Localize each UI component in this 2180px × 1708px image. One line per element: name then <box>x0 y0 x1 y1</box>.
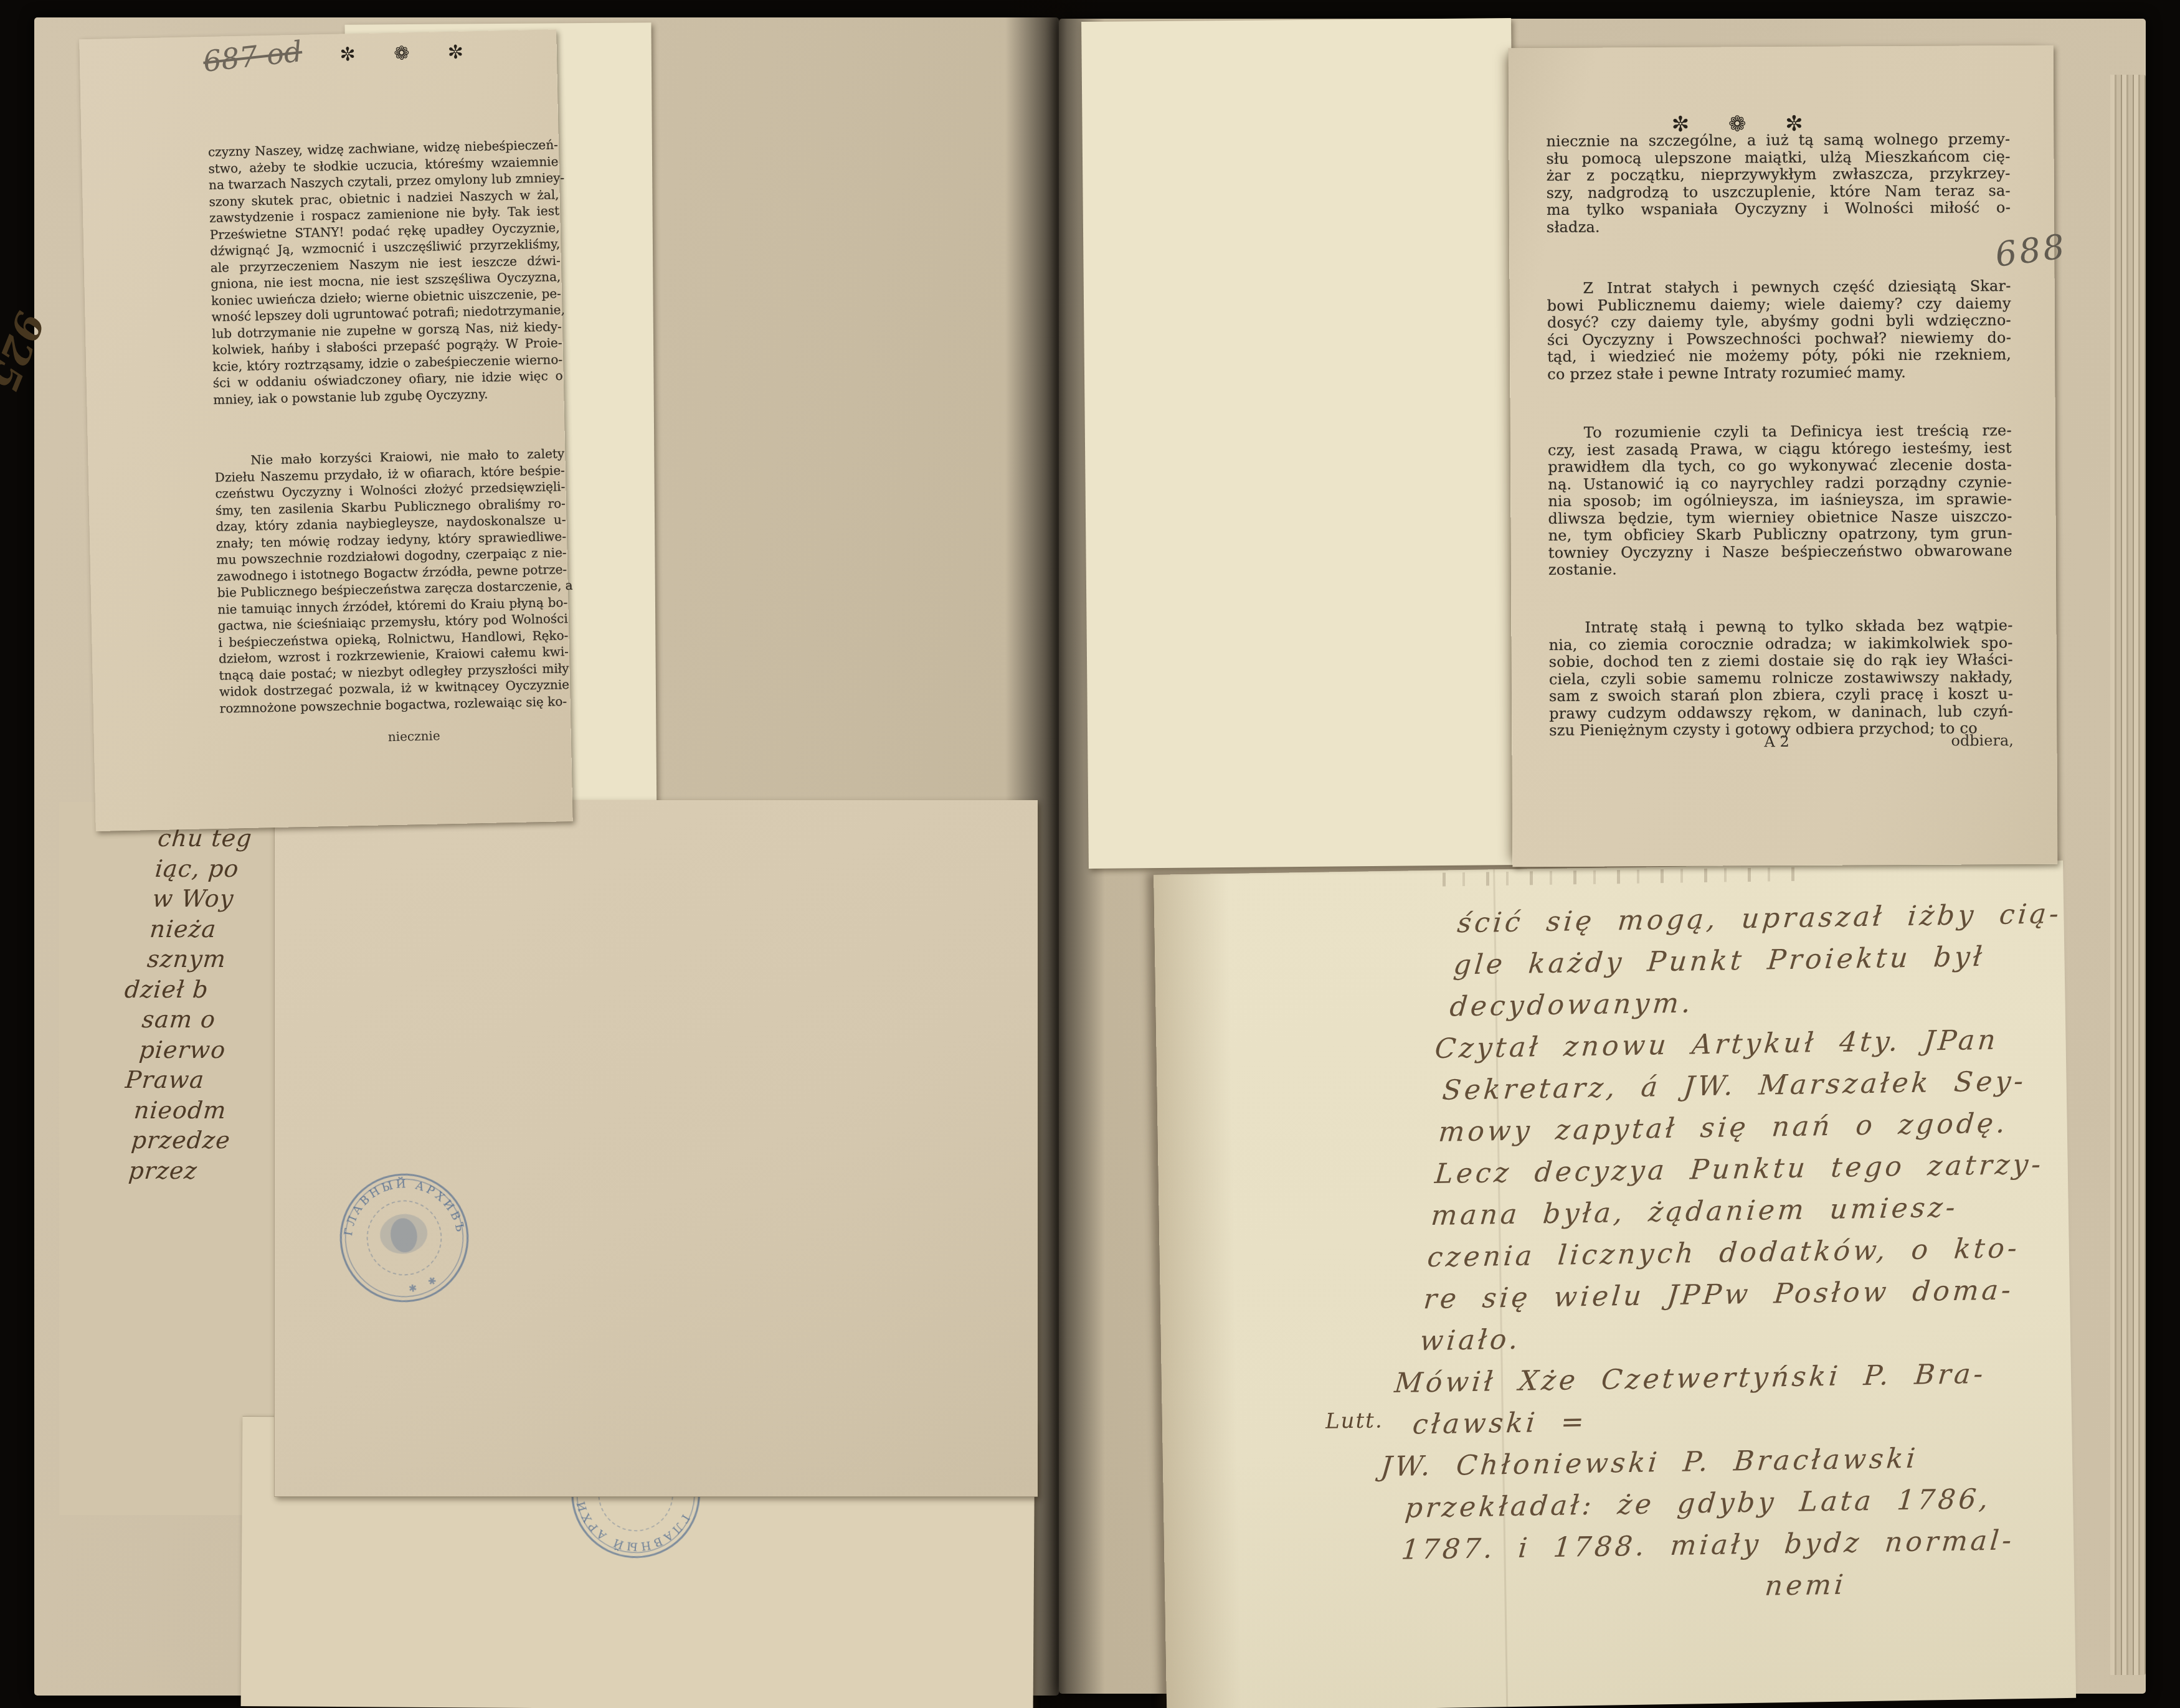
manuscript-line: nemi <box>1763 1561 2035 1607</box>
print-paragraph: niecznie na szczególne, a iuż tą samą wo… <box>1546 131 2011 236</box>
print-paragraph: Z Intrat stałych i pewnych część dziesią… <box>1547 278 2012 383</box>
archival-scan-photo: 925. chu tegiąc, pow Woynieżasznymdzieł … <box>0 0 2180 1708</box>
blank-leaf-half-right <box>1081 18 1519 869</box>
svg-text:✱ ✱: ✱ ✱ <box>403 1273 439 1295</box>
printed-clipping: 687 od ✼ ❁ ✼ czyzny Naszey, widzę zachwi… <box>79 29 572 831</box>
print-line: co przez stałe i pewne Intraty rozumieć … <box>1547 364 2011 383</box>
print-line: tąd, i wiedzieć nie możemy póty, póki ni… <box>1547 346 2011 366</box>
fragment-line: sam o <box>141 1004 287 1035</box>
sheet-fold-shadow <box>1154 874 1241 1708</box>
print-paragraph: To rozumienie czyli ta Definicya iest tr… <box>1548 422 2012 578</box>
fragment-line: sznym <box>146 944 287 974</box>
fragment-line: pierwo <box>138 1035 287 1065</box>
fragment-line: przedze <box>130 1125 287 1156</box>
print-line: towniey Oyczyzny i Nasze beśpieczeństwo … <box>1548 542 2012 562</box>
catchword: niecznie <box>387 728 440 744</box>
fragment-line: nieża <box>148 914 287 945</box>
fragment-line: dzieł b <box>123 974 287 1005</box>
ink-folio-number: 925. <box>0 306 53 456</box>
pencil-number-crossed: 687 od <box>201 34 303 78</box>
printer-ornament: ✼ ❁ ✼ <box>316 40 503 66</box>
print-line: zostanie. <box>1548 559 2012 578</box>
print-line: sładza. <box>1547 217 2011 236</box>
stamp-arc-stars: ✱ ✱ <box>403 1273 439 1295</box>
plain-pasted-sheet: ГЛАВНЫЙ АРХИВЪ ✱ ✱ <box>274 800 1038 1497</box>
fragment-line: iąc, po <box>154 854 287 884</box>
fragment-line: w Woy <box>151 884 287 914</box>
manuscript-text: ścić się mogą, upraszał iżby cią-gle każ… <box>1396 892 2095 1613</box>
manuscript-sheet: Lutt. ścić się mogą, upraszał iżby cią-g… <box>1154 861 2076 1708</box>
print-paragraph: czyzny Naszey, widzę zachwiane, widzę ni… <box>208 136 564 408</box>
cropped-line-strokes <box>1421 867 1808 887</box>
manuscript-fragment-sheet: chu tegiąc, pow Woynieżasznymdzieł bsam … <box>59 802 287 1515</box>
fragment-line: Prawa <box>124 1065 287 1095</box>
margin-note: Lutt. <box>1325 1408 1383 1433</box>
print-paragraph: Intratę stałą i pewną to tylko składa be… <box>1548 617 2013 739</box>
fragment-line: nieodm <box>133 1095 287 1126</box>
print-line: ma tylko wspaniała Oyczyzny i Wolności m… <box>1547 199 2011 219</box>
fragment-text: chu tegiąc, pow Woynieżasznymdzieł bsam … <box>128 823 287 1186</box>
print-paragraph: Nie mało korzyści Kraiowi, nie mało to z… <box>214 445 570 717</box>
fragment-line: przez <box>128 1156 287 1186</box>
book-fore-edge <box>2110 75 2146 1675</box>
gathering-signature: A 2 <box>1764 733 1789 750</box>
printed-page: ✼ ❁ ✼ 688 niecznie na szczególne, a iuż … <box>1509 45 2058 867</box>
archive-stamp: ГЛАВНЫЙ АРХИВЪ ✱ ✱ <box>329 1163 478 1312</box>
catchword: odbiera, <box>1951 732 2014 750</box>
